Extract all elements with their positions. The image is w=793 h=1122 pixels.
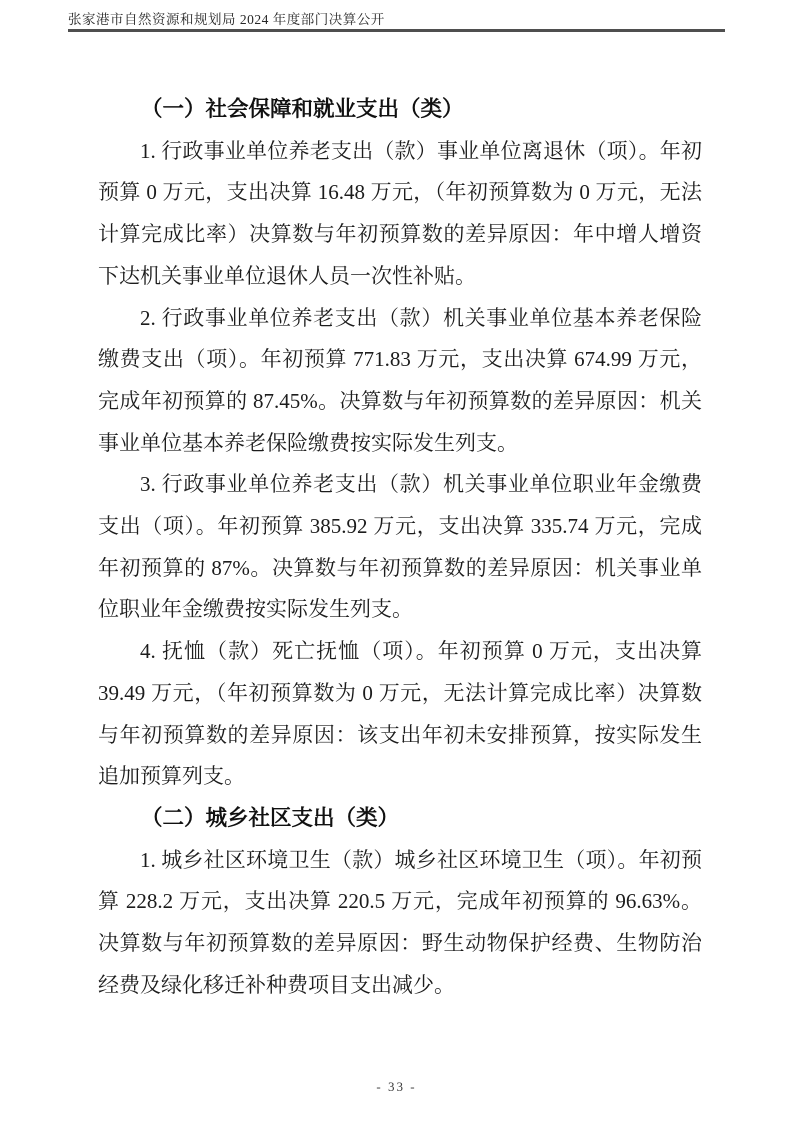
section-heading-urban-rural-community: （二）城乡社区支出（类） [98,798,702,840]
paragraph-occupational-annuity: 3. 行政事业单位养老支出（款）机关事业单位职业年金缴费支出（项）。年初预算 3… [98,464,702,631]
page-footer: - 33 - [0,1079,793,1095]
page-header: 张家港市自然资源和规划局 2024 年度部门决算公开 [68,0,725,32]
document-page: 张家港市自然资源和规划局 2024 年度部门决算公开 （一）社会保障和就业支出（… [0,0,793,1122]
document-body: （一）社会保障和就业支出（类） 1. 行政事业单位养老支出（款）事业单位离退休（… [98,89,702,1006]
section-heading-social-security: （一）社会保障和就业支出（类） [98,89,702,131]
page-number: - 33 - [376,1079,416,1094]
header-rule [68,29,725,32]
paragraph-community-sanitation: 1. 城乡社区环境卫生（款）城乡社区环境卫生（项）。年初预算 228.2 万元，… [98,840,702,1007]
paragraph-death-benefit: 4. 抚恤（款）死亡抚恤（项）。年初预算 0 万元，支出决算 39.49 万元，… [98,631,702,798]
header-title: 张家港市自然资源和规划局 2024 年度部门决算公开 [68,0,725,27]
paragraph-basic-pension-contribution: 2. 行政事业单位养老支出（款）机关事业单位基本养老保险缴费支出（项）。年初预算… [98,298,702,465]
paragraph-pension-retirees: 1. 行政事业单位养老支出（款）事业单位离退休（项）。年初预算 0 万元，支出决… [98,131,702,298]
